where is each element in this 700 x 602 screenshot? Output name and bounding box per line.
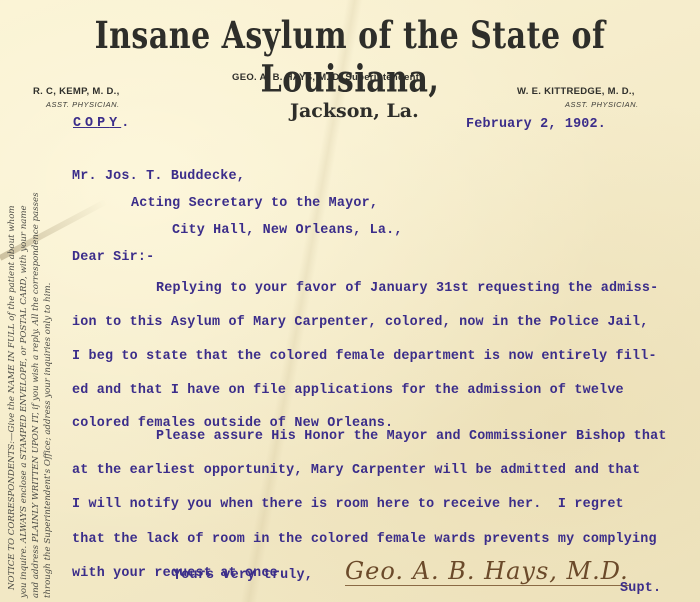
notice-line: NOTICE TO CORRESPONDENTS:—Give the NAME … bbox=[6, 158, 18, 598]
body-line: ion to this Asylum of Mary Carpenter, co… bbox=[72, 315, 649, 330]
closing: Yours very truly, bbox=[173, 568, 313, 583]
left-physician-name: R. C, KEMP, M. D., bbox=[33, 86, 120, 97]
body-line: Replying to your favor of January 31st r… bbox=[156, 281, 658, 296]
copy-letter: C bbox=[73, 116, 85, 131]
notice-line: and address PLAINLY WRITTEN UPON IT, if … bbox=[30, 158, 42, 598]
recipient-title: Acting Secretary to the Mayor, bbox=[131, 196, 378, 211]
notice-line: you inquire. ALWAYS enclose a STAMPED EN… bbox=[18, 158, 30, 598]
letter-date: February 2, 1902. bbox=[466, 117, 606, 132]
signature: Geo. A. B. Hays, M.D. bbox=[345, 557, 629, 586]
notice-line: through the Superintendent's Office; add… bbox=[42, 158, 54, 598]
letterhead-place: Jackson, La. bbox=[290, 100, 419, 122]
copy-letter: P bbox=[97, 116, 109, 131]
recipient-name: Mr. Jos. T. Buddecke, bbox=[72, 169, 245, 184]
copy-letter: O bbox=[85, 116, 97, 131]
body-line: I will notify you when there is room her… bbox=[72, 497, 624, 512]
body-line: that the lack of room in the colored fem… bbox=[72, 532, 657, 547]
superintendent-line: GEO. A. B. HAYS, M. D. Superintendent, bbox=[232, 72, 422, 83]
body-line: Please assure His Honor the Mayor and Co… bbox=[156, 429, 667, 444]
body-line: I beg to state that the colored female d… bbox=[72, 349, 657, 364]
copy-letter: Y bbox=[109, 116, 121, 131]
left-physician-title: ASST. PHYSICIAN. bbox=[46, 100, 120, 109]
body-line: at the earliest opportunity, Mary Carpen… bbox=[72, 463, 640, 478]
right-physician-name: W. E. KITTREDGE, M. D., bbox=[517, 86, 635, 97]
body-line: ed and that I have on file applications … bbox=[72, 383, 624, 398]
recipient-address: City Hall, New Orleans, La., bbox=[172, 223, 403, 238]
signature-title: Supt. bbox=[620, 581, 661, 596]
copy-stamp: COPY. bbox=[73, 116, 133, 131]
right-physician-title: ASST. PHYSICIAN. bbox=[565, 100, 639, 109]
salutation: Dear Sir:- bbox=[72, 250, 154, 265]
notice-to-correspondents: NOTICE TO CORRESPONDENTS:—Give the NAME … bbox=[6, 158, 54, 598]
copy-period: . bbox=[121, 116, 133, 131]
